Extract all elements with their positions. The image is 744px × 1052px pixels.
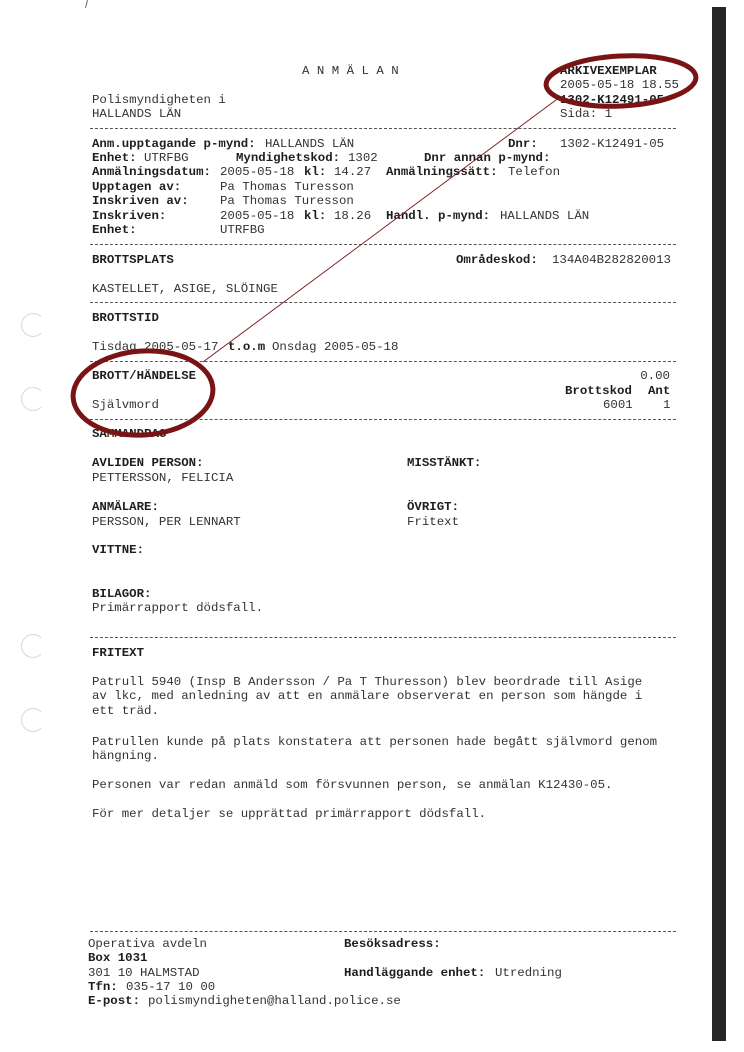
report-date-label: Anmälningsdatum:	[92, 165, 211, 179]
deceased-value: PETTERSSON, FELICIA	[92, 471, 233, 485]
offense-count-header: Ant	[648, 384, 670, 398]
entered-time-value: 18.26	[334, 209, 371, 223]
report-method-value: Telefon	[508, 165, 560, 179]
unit2-value: UTRFBG	[220, 223, 265, 237]
entered-time-label: kl:	[304, 209, 326, 223]
crime-scene-heading: BROTTSPLATS	[92, 253, 174, 267]
footer-visit-label: Besöksadress:	[344, 937, 441, 951]
punch-hole-mark	[21, 708, 45, 732]
offense-amount: 0.00	[560, 369, 670, 383]
receiving-authority-label: Anm.upptagande p-mynd:	[92, 137, 256, 151]
footer-department: Operativa avdeln	[88, 937, 207, 951]
unit2-label: Enhet:	[92, 223, 137, 237]
footer-email-label: E-post:	[88, 994, 140, 1008]
offense-code-header: Brottskod	[565, 384, 632, 398]
divider	[90, 637, 676, 638]
dnr-value: 1302-K12491-05	[560, 137, 664, 151]
case-number: 1302-K12491-05	[560, 93, 664, 107]
receiving-authority-value: HALLANDS LÄN	[265, 137, 354, 151]
punch-hole-mark	[21, 387, 45, 411]
entered-by-value: Pa Thomas Turesson	[220, 194, 354, 208]
other-label: ÖVRIGT:	[407, 500, 459, 514]
scanned-report-page: A N M Ä L A N Polismyndigheten i HALLAND…	[0, 0, 744, 1052]
taken-by-label: Upptagen av:	[92, 180, 181, 194]
report-date-value: 2005-05-18	[220, 165, 294, 179]
offense-description: Självmord	[92, 398, 159, 412]
free-text-line: Patrullen kunde på plats konstatera att …	[92, 735, 657, 749]
crime-scene-location: KASTELLET, ASIGE, SLÖINGE	[92, 282, 278, 296]
footer-handling-unit-label: Handläggande enhet:	[344, 966, 485, 980]
other-value: Fritext	[407, 515, 459, 529]
unit-label: Enhet:	[92, 151, 137, 165]
free-text-line: Personen var redan anmäld som försvunnen…	[92, 778, 613, 792]
divider	[90, 931, 676, 932]
unit-value: UTRFBG	[144, 151, 189, 165]
punch-hole-mark	[21, 634, 45, 658]
free-text-line: Patrull 5940 (Insp B Andersson / Pa T Th…	[92, 675, 642, 689]
crime-time-from: Tisdag 2005-05-17	[92, 340, 218, 354]
print-timestamp: 2005-05-18 18.55	[560, 78, 679, 92]
offense-count: 1	[663, 398, 670, 412]
divider	[90, 302, 676, 303]
attachments-value: Primärrapport dödsfall.	[92, 601, 263, 615]
report-method-label: Anmälningssätt:	[386, 165, 498, 179]
crime-time-tom: t.o.m	[228, 340, 265, 354]
divider	[90, 419, 676, 420]
divider	[90, 244, 676, 245]
crime-time-to: Onsdag 2005-05-18	[272, 340, 398, 354]
area-code-value: 134A04B282820013	[552, 253, 671, 267]
reporter-label: ANMÄLARE:	[92, 500, 159, 514]
reporter-value: PERSSON, PER LENNART	[92, 515, 241, 529]
footer-phone-label: Tfn:	[88, 980, 118, 994]
free-text-line: För mer detaljer se upprättad primärrapp…	[92, 807, 486, 821]
free-text-line: ett träd.	[92, 704, 159, 718]
entered-date-value: 2005-05-18	[220, 209, 294, 223]
authority-code-label: Myndighetskod:	[236, 151, 340, 165]
crime-time-heading: BROTTSTID	[92, 311, 159, 325]
entered-by-label: Inskriven av:	[92, 194, 189, 208]
scan-edge-bar	[712, 7, 726, 1041]
authority-code-value: 1302	[348, 151, 378, 165]
deceased-label: AVLIDEN PERSON:	[92, 456, 204, 470]
free-text-line: hängning.	[92, 749, 159, 763]
footer-handling-unit-value: Utredning	[495, 966, 562, 980]
footer-phone-value: 035-17 10 00	[126, 980, 215, 994]
divider	[90, 361, 676, 362]
authority-line-2: HALLANDS LÄN	[92, 107, 181, 121]
area-code-label: Områdeskod:	[456, 253, 538, 267]
divider	[90, 128, 676, 129]
suspect-label: MISSTÄNKT:	[407, 456, 481, 470]
punch-hole-mark	[21, 313, 45, 337]
dnr-label: Dnr:	[508, 137, 538, 151]
scan-speck	[85, 0, 88, 8]
page-number: Sida: 1	[560, 107, 612, 121]
free-text-heading: FRITEXT	[92, 646, 144, 660]
offense-code: 6001	[603, 398, 633, 412]
taken-by-value: Pa Thomas Turesson	[220, 180, 354, 194]
footer-postal: 301 10 HALMSTAD	[88, 966, 200, 980]
copy-type: ARKIVEXEMPLAR	[560, 64, 657, 78]
report-time-value: 14.27	[334, 165, 371, 179]
summary-heading: SAMMANDRAG	[92, 427, 166, 441]
report-time-label: kl:	[304, 165, 326, 179]
footer-email-value: polismyndigheten@halland.police.se	[148, 994, 401, 1008]
attachments-label: BILAGOR:	[92, 587, 152, 601]
offense-heading: BROTT/HÄNDELSE	[92, 369, 196, 383]
authority-line-1: Polismyndigheten i	[92, 93, 226, 107]
entered-label: Inskriven:	[92, 209, 166, 223]
footer-box: Box 1031	[88, 951, 148, 965]
document-title: A N M Ä L A N	[302, 64, 399, 78]
free-text-line: av lkc, med anledning av att en anmälare…	[92, 689, 642, 703]
handling-authority-label: Handl. p-mynd:	[386, 209, 490, 223]
other-dnr-label: Dnr annan p-mynd:	[424, 151, 550, 165]
handling-authority-value: HALLANDS LÄN	[500, 209, 589, 223]
witness-label: VITTNE:	[92, 543, 144, 557]
